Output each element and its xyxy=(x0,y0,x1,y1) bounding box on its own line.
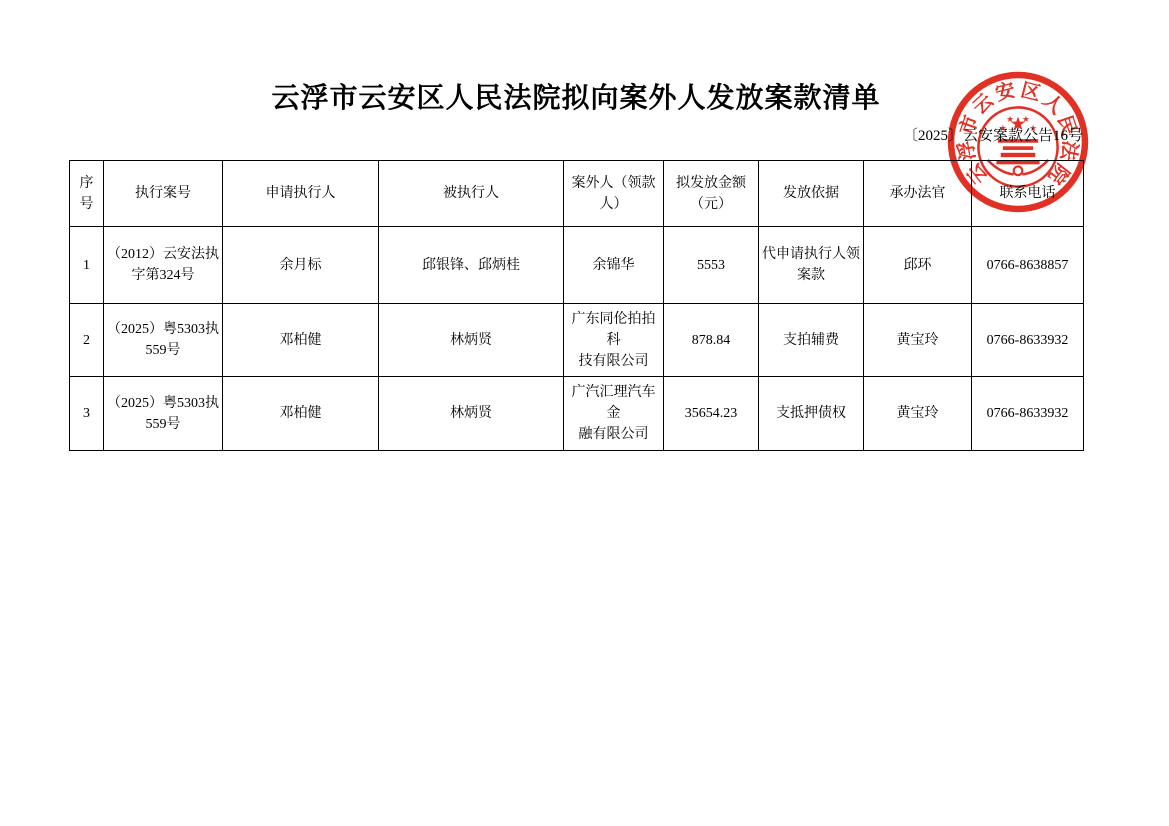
header-cell-4: 被执行人 xyxy=(379,161,564,227)
svg-text:★: ★ xyxy=(1022,115,1030,125)
cell-r2-c8: 黄宝玲 xyxy=(864,304,972,377)
cell-r3-c6: 35654.23 xyxy=(664,377,759,451)
table-row-3: 3（2025）粤5303执 559号邓柏健林炳贤广汽汇理汽车金 融有限公司356… xyxy=(70,377,1084,451)
cell-r2-c5: 广东同伦拍拍科 技有限公司 xyxy=(564,304,664,377)
cell-r3-c3: 邓柏健 xyxy=(223,377,379,451)
header-cell-8: 承办法官 xyxy=(864,161,972,227)
cell-r1-c8: 邱环 xyxy=(864,227,972,304)
cell-r3-c8: 黄宝玲 xyxy=(864,377,972,451)
cell-r3-c4: 林炳贤 xyxy=(379,377,564,451)
cell-r3-c2: （2025）粤5303执 559号 xyxy=(104,377,223,451)
table-header-row: 序 号执行案号申请执行人被执行人案外人（领款 人）拟发放金额 （元）发放依据承办… xyxy=(70,161,1084,227)
header-cell-9: 联系电话 xyxy=(972,161,1084,227)
cell-r2-c3: 邓柏健 xyxy=(223,304,379,377)
cell-r1-c9: 0766-8638857 xyxy=(972,227,1084,304)
table-row-1: 1（2012）云安法执 字第324号余月标邱银锋、邱炳桂余锦华5553代申请执行… xyxy=(70,227,1084,304)
cell-r2-c6: 878.84 xyxy=(664,304,759,377)
header-cell-6: 拟发放金额 （元） xyxy=(664,161,759,227)
cell-r3-c9: 0766-8633932 xyxy=(972,377,1084,451)
cell-r3-c1: 3 xyxy=(70,377,104,451)
cell-r1-c6: 5553 xyxy=(664,227,759,304)
page-title: 云浮市云安区人民法院拟向案外人发放案款清单 xyxy=(69,76,1083,116)
cell-r1-c2: （2012）云安法执 字第324号 xyxy=(104,227,223,304)
cell-r2-c1: 2 xyxy=(70,304,104,377)
header-cell-3: 申请执行人 xyxy=(223,161,379,227)
cell-r1-c3: 余月标 xyxy=(223,227,379,304)
cell-r2-c2: （2025）粤5303执 559号 xyxy=(104,304,223,377)
header-cell-5: 案外人（领款 人） xyxy=(564,161,664,227)
cell-r2-c4: 林炳贤 xyxy=(379,304,564,377)
header-cell-2: 执行案号 xyxy=(104,161,223,227)
document-page: 云浮市云安区人民法院拟向案外人发放案款清单 〔2025〕云安案款公告16号 序 … xyxy=(0,0,1169,826)
cell-r1-c4: 邱银锋、邱炳桂 xyxy=(379,227,564,304)
cell-r2-c9: 0766-8633932 xyxy=(972,304,1084,377)
cell-r3-c5: 广汽汇理汽车金 融有限公司 xyxy=(564,377,664,451)
cell-r1-c1: 1 xyxy=(70,227,104,304)
doc-number: 〔2025〕云安案款公告16号 xyxy=(903,128,1083,145)
cell-r1-c7: 代申请执行人领 案款 xyxy=(759,227,864,304)
svg-text:★: ★ xyxy=(1006,115,1014,125)
table-row-2: 2（2025）粤5303执 559号邓柏健林炳贤广东同伦拍拍科 技有限公司878… xyxy=(70,304,1084,377)
case-funds-table: 序 号执行案号申请执行人被执行人案外人（领款 人）拟发放金额 （元）发放依据承办… xyxy=(69,160,1084,451)
cell-r1-c5: 余锦华 xyxy=(564,227,664,304)
header-cell-1: 序 号 xyxy=(70,161,104,227)
cell-r3-c7: 支抵押债权 xyxy=(759,377,864,451)
cell-r2-c7: 支拍辅费 xyxy=(759,304,864,377)
header-cell-7: 发放依据 xyxy=(759,161,864,227)
